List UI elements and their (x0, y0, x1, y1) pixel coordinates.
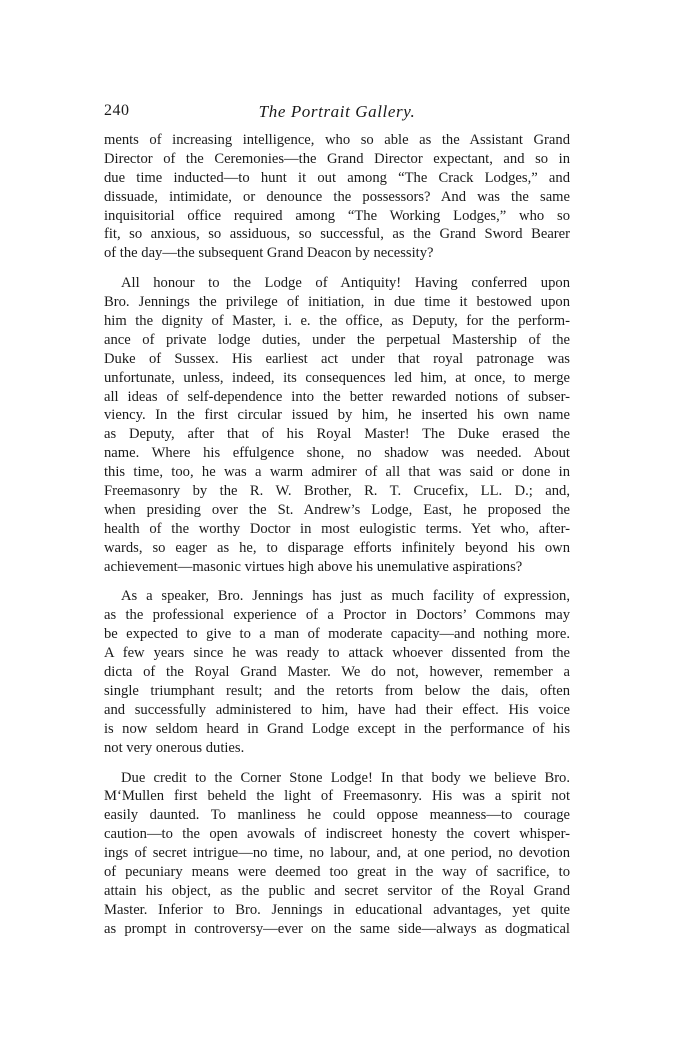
text-line: as prompt in controversy—ever on the sam… (104, 920, 570, 939)
text-line: single triumphant result; and the retort… (104, 682, 570, 701)
text-line: him the dignity of Master, i. e. the off… (104, 312, 570, 331)
text-line: achievement—masonic virtues high above h… (104, 558, 570, 577)
text-line: not very onerous duties. (104, 739, 570, 758)
text-line: dicta of the Royal Grand Master. We do n… (104, 663, 570, 682)
paragraph-4: Due credit to the Corner Stone Lodge! In… (104, 769, 570, 939)
text-line: of the day—the subsequent Grand Deacon b… (104, 244, 570, 263)
text-line: Bro. Jennings the privilege of initiatio… (104, 293, 570, 312)
text-line: dissuade, intimidate, or denounce the po… (104, 188, 570, 207)
text-line: M‘Mullen first beheld the light of Freem… (104, 787, 570, 806)
text-line: Master. Inferior to Bro. Jennings in edu… (104, 901, 570, 920)
text-line: As a speaker, Bro. Jennings has just as … (104, 587, 570, 606)
text-line: and successfully administered to him, ha… (104, 701, 570, 720)
text-line: ings of secret intrigue—no time, no labo… (104, 844, 570, 863)
text-line: wards, so eager as he, to disparage effo… (104, 539, 570, 558)
text-line: Director of the Ceremonies—the Grand Dir… (104, 150, 570, 169)
text-line: viency. In the first circular issued by … (104, 406, 570, 425)
text-line: Due credit to the Corner Stone Lodge! In… (104, 769, 570, 788)
text-line: name. Where his effulgence shone, no sha… (104, 444, 570, 463)
text-line: fit, so anxious, so assiduous, so succes… (104, 225, 570, 244)
paragraph-1: ments of increasing intelligence, who so… (104, 131, 570, 263)
text-line: easily daunted. To manliness he could op… (104, 806, 570, 825)
book-page: 240 The Portrait Gallery. ments of incre… (104, 102, 570, 939)
text-line: be expected to give to a man of moderate… (104, 625, 570, 644)
text-line: inquisitorial office required among “The… (104, 207, 570, 226)
page-header: 240 The Portrait Gallery. (104, 102, 570, 130)
running-title: The Portrait Gallery. (104, 102, 570, 122)
text-line: of pecuniary means were deemed too great… (104, 863, 570, 882)
text-line: ance of private lodge duties, under the … (104, 331, 570, 350)
text-line: ments of increasing intelligence, who so… (104, 131, 570, 150)
text-line: caution—to the open avowals of indiscree… (104, 825, 570, 844)
text-line: as the professional experience of a Proc… (104, 606, 570, 625)
text-line: health of the worthy Doctor in most eulo… (104, 520, 570, 539)
text-line: All honour to the Lodge of Antiquity! Ha… (104, 274, 570, 293)
text-line: when presiding over the St. Andrew’s Lod… (104, 501, 570, 520)
text-line: all ideas of self-dependence into the be… (104, 388, 570, 407)
text-line: due time inducted—to hunt it out among “… (104, 169, 570, 188)
text-line: attain his object, as the public and sec… (104, 882, 570, 901)
text-line: Duke of Sussex. His earliest act under t… (104, 350, 570, 369)
text-line: is now seldom heard in Grand Lodge excep… (104, 720, 570, 739)
text-line: as Deputy, after that of his Royal Maste… (104, 425, 570, 444)
paragraph-3: As a speaker, Bro. Jennings has just as … (104, 587, 570, 757)
text-line: A few years since he was ready to attack… (104, 644, 570, 663)
text-line: this time, too, he was a warm admirer of… (104, 463, 570, 482)
text-line: Freemasonry by the R. W. Brother, R. T. … (104, 482, 570, 501)
paragraph-2: All honour to the Lodge of Antiquity! Ha… (104, 274, 570, 576)
text-line: unfortunate, unless, indeed, its consequ… (104, 369, 570, 388)
